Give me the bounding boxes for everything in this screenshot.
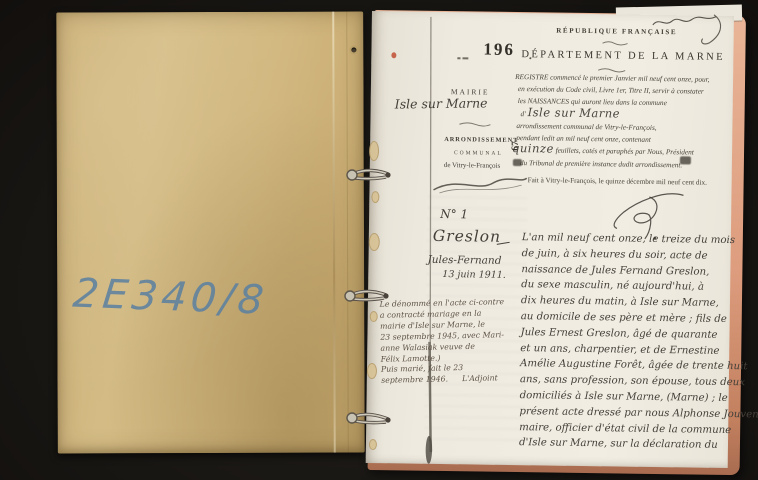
mention-signature: L'Adjoint xyxy=(462,374,498,386)
wax-seal-spot xyxy=(391,52,396,58)
ink-stamp-mark xyxy=(680,156,691,164)
communal-label: COMMUNAL xyxy=(454,150,503,157)
act-surname: Greslon xyxy=(433,227,501,246)
swash-ornament xyxy=(431,172,529,197)
ornament-rule xyxy=(597,67,627,72)
register-number: 196 xyxy=(483,40,515,60)
binding-pin-icon xyxy=(340,286,394,310)
marginal-mention: Le dénommé en l'acte ci-contre a contrac… xyxy=(379,297,533,387)
cover-fold-crease xyxy=(332,12,336,453)
registre-line: arrondissement communal de Vitry-le-Fran… xyxy=(516,121,656,132)
register-cover: 2E340/8 xyxy=(56,11,365,453)
mention-line: septembre 1946. xyxy=(381,375,448,387)
handwritten-commune: Isle sur Marne xyxy=(528,105,621,120)
act-given-names: Jules-Fernand xyxy=(427,254,501,267)
registre-line: d' Isle sur Marne xyxy=(521,105,621,120)
mairie-handwritten-value: Isle sur Marne xyxy=(395,95,488,111)
archive-reference: 2E340/8 xyxy=(71,271,270,324)
arrondissement-place: de Vitry-le-François xyxy=(444,161,501,170)
registre-line: quinze feuillets, cotés et paraphés par … xyxy=(512,141,694,158)
binding-hole xyxy=(351,47,356,52)
archive-scan: 2E340/8 RÉPUBLIQUE FRANÇAISE 196 xyxy=(0,0,758,480)
ornament-rule xyxy=(458,121,492,126)
register-page: RÉPUBLIQUE FRANÇAISE 196 DÉPARTEMENT DE … xyxy=(366,11,734,468)
binding-pin-icon xyxy=(342,165,396,189)
act-number: N° 1 xyxy=(440,207,468,221)
act-line: d'Isle sur Marne, sur la déclaration du xyxy=(519,435,741,454)
ink-stamp-mark xyxy=(513,159,522,166)
printed-prefix: d' xyxy=(521,109,526,118)
sideways-folio-number: 67 xyxy=(511,141,521,151)
printed-suffix: feuillets, cotés et paraphés par Nous, P… xyxy=(556,146,694,157)
binding-pin-icon xyxy=(342,408,396,432)
cover-fold-crease-2 xyxy=(346,12,349,453)
arrondissement-label: ARRONDISSEMENT xyxy=(444,136,518,144)
act-date: 13 juin 1911. xyxy=(442,269,506,281)
ornament-rule xyxy=(602,40,630,45)
pen-tick-mark xyxy=(457,57,468,59)
act-body-text: L'an mil neuf cent onze, le treize du mo… xyxy=(519,230,744,454)
